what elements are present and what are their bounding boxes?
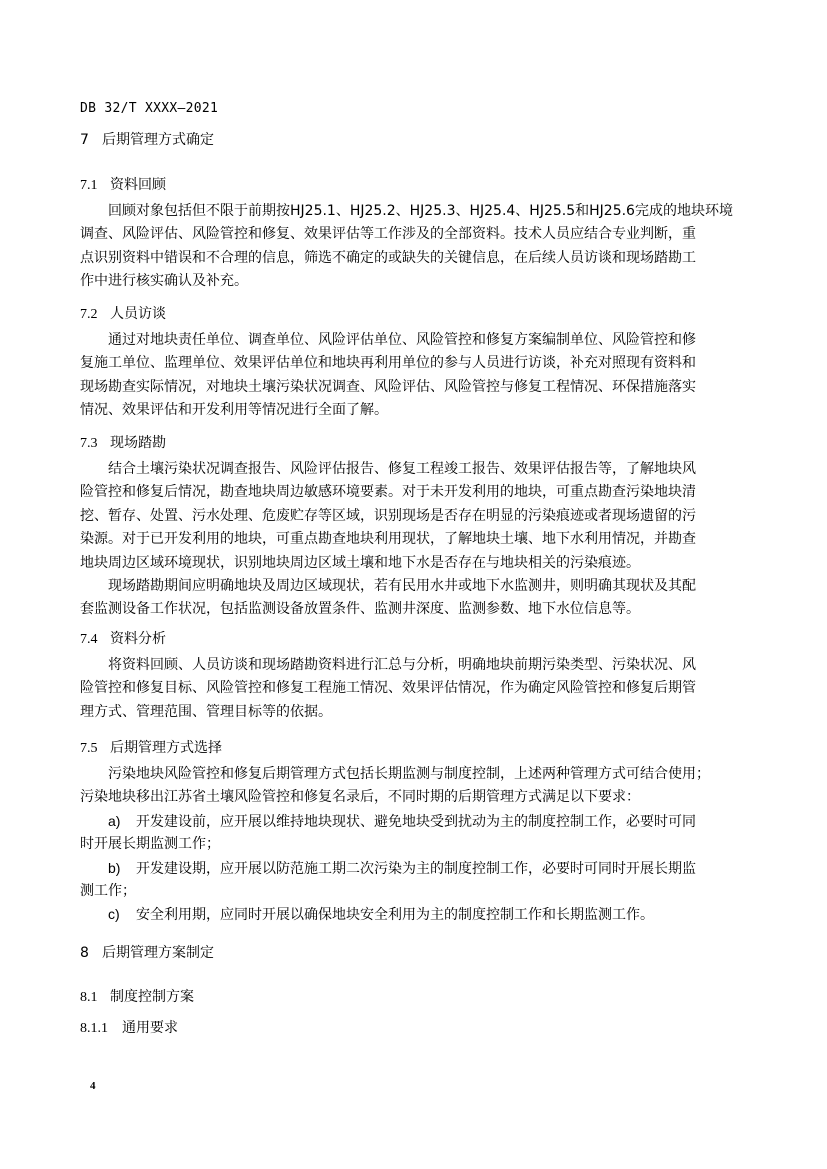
section-number: 7.4	[80, 632, 110, 648]
text-line: 通过对地块责任单位、调查单位、风险评估单位、风险管控和修复方案编制单位、风险管控…	[80, 329, 745, 352]
text-line: 险管控和修复后情况，勘查地块周边敏感环境要素。对于未开发利用的地块，可重点勘查污…	[80, 481, 745, 504]
section-8-1-1-heading: 8.1.1通用要求	[80, 1017, 178, 1037]
list-item-text: 安全利用期，应同时开展以确保地块安全利用为主的制度控制工作和长期监测工作。	[136, 907, 654, 923]
text-line: 地块周边区域环境现状，识别地块周边区域土壤和地下水是否存在与地块相关的污染痕迹。	[80, 552, 745, 575]
list-item-text: 开发建设期，应开展以防范施工期二次污染为主的制度控制工作，必要时可同时开展长期监	[136, 861, 696, 877]
list-item-label: a)	[108, 810, 136, 833]
text-line: 污染地块风险管控和修复后期管理方式包括长期监测与制度控制，上述两种管理方式可结合…	[80, 763, 745, 786]
section-number: 8	[80, 945, 102, 961]
text-line: 挖、暂存、处置、污水处理、危废贮存等区域，识别现场是否存在明显的污染痕迹或者现场…	[80, 505, 745, 528]
text-line: 将资料回顾、人员访谈和现场踏勘资料进行汇总与分析，明确地块前期污染类型、污染状况…	[80, 654, 745, 677]
page-number: 4	[90, 1080, 96, 1092]
list-item-text: 开发建设前，应开展以维持地块现状、避免地块受到扰动为主的制度控制工作，必要时可同	[136, 814, 696, 830]
list-item-a: a)开发建设前，应开展以维持地块现状、避免地块受到扰动为主的制度控制工作，必要时…	[80, 810, 745, 833]
text-line: 险管控和修复目标、风险管控和修复工程施工情况、效果评估情况，作为确定风险管控和修…	[80, 677, 745, 700]
section-7-4-paragraph: 将资料回顾、人员访谈和现场踏勘资料进行汇总与分析，明确地块前期污染类型、污染状况…	[80, 654, 745, 724]
section-7-4-heading: 7.4资料分析	[80, 628, 166, 648]
text-line: 测工作；	[80, 880, 745, 903]
section-number: 7.3	[80, 436, 110, 452]
text-line: 调查、风险评估、风险管控和修复、效果评估等工作涉及的全部资料。技术人员应结合专业…	[80, 223, 745, 246]
document-code-header: DB 32/T XXXX—2021	[80, 101, 218, 116]
text-line: 污染地块移出江苏省土壤风险管控和修复名录后，不同时期的后期管理方式满足以下要求：	[80, 786, 745, 809]
text-line: 回顾对象包括但不限于前期按HJ25.1、HJ25.2、HJ25.3、HJ25.4…	[80, 200, 745, 223]
text-line: 理方式、管理范围、管理目标等的依据。	[80, 701, 745, 724]
section-number: 7.5	[80, 741, 110, 757]
section-7-2-paragraph: 通过对地块责任单位、调查单位、风险评估单位、风险管控和修复方案编制单位、风险管控…	[80, 329, 745, 423]
section-title: 资料回顾	[110, 177, 166, 193]
section-title: 人员访谈	[110, 306, 166, 322]
section-7-3-paragraph: 结合土壤污染状况调查报告、风险评估报告、修复工程竣工报告、效果评估报告等，了解地…	[80, 458, 745, 622]
text-line: 结合土壤污染状况调查报告、风险评估报告、修复工程竣工报告、效果评估报告等，了解地…	[80, 458, 745, 481]
section-number: 7	[80, 132, 102, 148]
section-number: 7.1	[80, 178, 110, 194]
text-line: 点识别资料中错误和不合理的信息，筛选不确定的或缺失的关键信息，在后续人员访谈和现…	[80, 247, 745, 270]
section-7-heading: 7后期管理方式确定	[80, 129, 214, 149]
text-line: 情况、效果评估和开发利用等情况进行全面了解。	[80, 399, 745, 422]
section-8-heading: 8后期管理方案制定	[80, 942, 214, 962]
list-item-label: c)	[108, 903, 136, 926]
text-line: 时开展长期监测工作；	[80, 833, 745, 856]
section-title: 资料分析	[110, 631, 166, 647]
text-line: 现场勘查实际情况，对地块土壤污染状况调查、风险评估、风险管控与修复工程情况、环保…	[80, 376, 745, 399]
section-7-3-heading: 7.3现场踏勘	[80, 432, 166, 452]
section-number: 7.2	[80, 307, 110, 323]
text-line: 现场踏勘期间应明确地块及周边区域现状，若有民用水井或地下水监测井，则明确其现状及…	[80, 575, 745, 598]
text-line: 染源。对于已开发利用的地块，可重点勘查地块利用现状，了解地块土壤、地下水利用情况…	[80, 528, 745, 551]
section-title: 后期管理方式选择	[110, 740, 222, 756]
section-7-5-heading: 7.5后期管理方式选择	[80, 737, 222, 757]
section-8-1-heading: 8.1制度控制方案	[80, 986, 194, 1006]
text-line: 套监测设备工作状况，包括监测设备放置条件、监测井深度、监测参数、地下水位信息等。	[80, 598, 745, 621]
section-7-2-heading: 7.2人员访谈	[80, 303, 166, 323]
section-7-5-paragraph: 污染地块风险管控和修复后期管理方式包括长期监测与制度控制，上述两种管理方式可结合…	[80, 763, 745, 927]
text-line: 复施工单位、监理单位、效果评估单位和地块再利用单位的参与人员进行访谈，补充对照现…	[80, 352, 745, 375]
list-item-c: c)安全利用期，应同时开展以确保地块安全利用为主的制度控制工作和长期监测工作。	[80, 903, 745, 926]
text-line: 作中进行核实确认及补充。	[80, 270, 745, 293]
section-title: 后期管理方案制定	[102, 945, 214, 961]
section-title: 现场踏勘	[110, 435, 166, 451]
list-item-label: b)	[108, 857, 136, 880]
section-title: 通用要求	[122, 1020, 178, 1036]
section-number: 8.1.1	[80, 1021, 122, 1037]
section-title: 制度控制方案	[110, 989, 194, 1005]
list-item-b: b)开发建设期，应开展以防范施工期二次污染为主的制度控制工作，必要时可同时开展长…	[80, 857, 745, 880]
section-title: 后期管理方式确定	[102, 132, 214, 148]
section-7-1-heading: 7.1资料回顾	[80, 174, 166, 194]
section-7-1-paragraph: 回顾对象包括但不限于前期按HJ25.1、HJ25.2、HJ25.3、HJ25.4…	[80, 200, 745, 294]
section-number: 8.1	[80, 990, 110, 1006]
